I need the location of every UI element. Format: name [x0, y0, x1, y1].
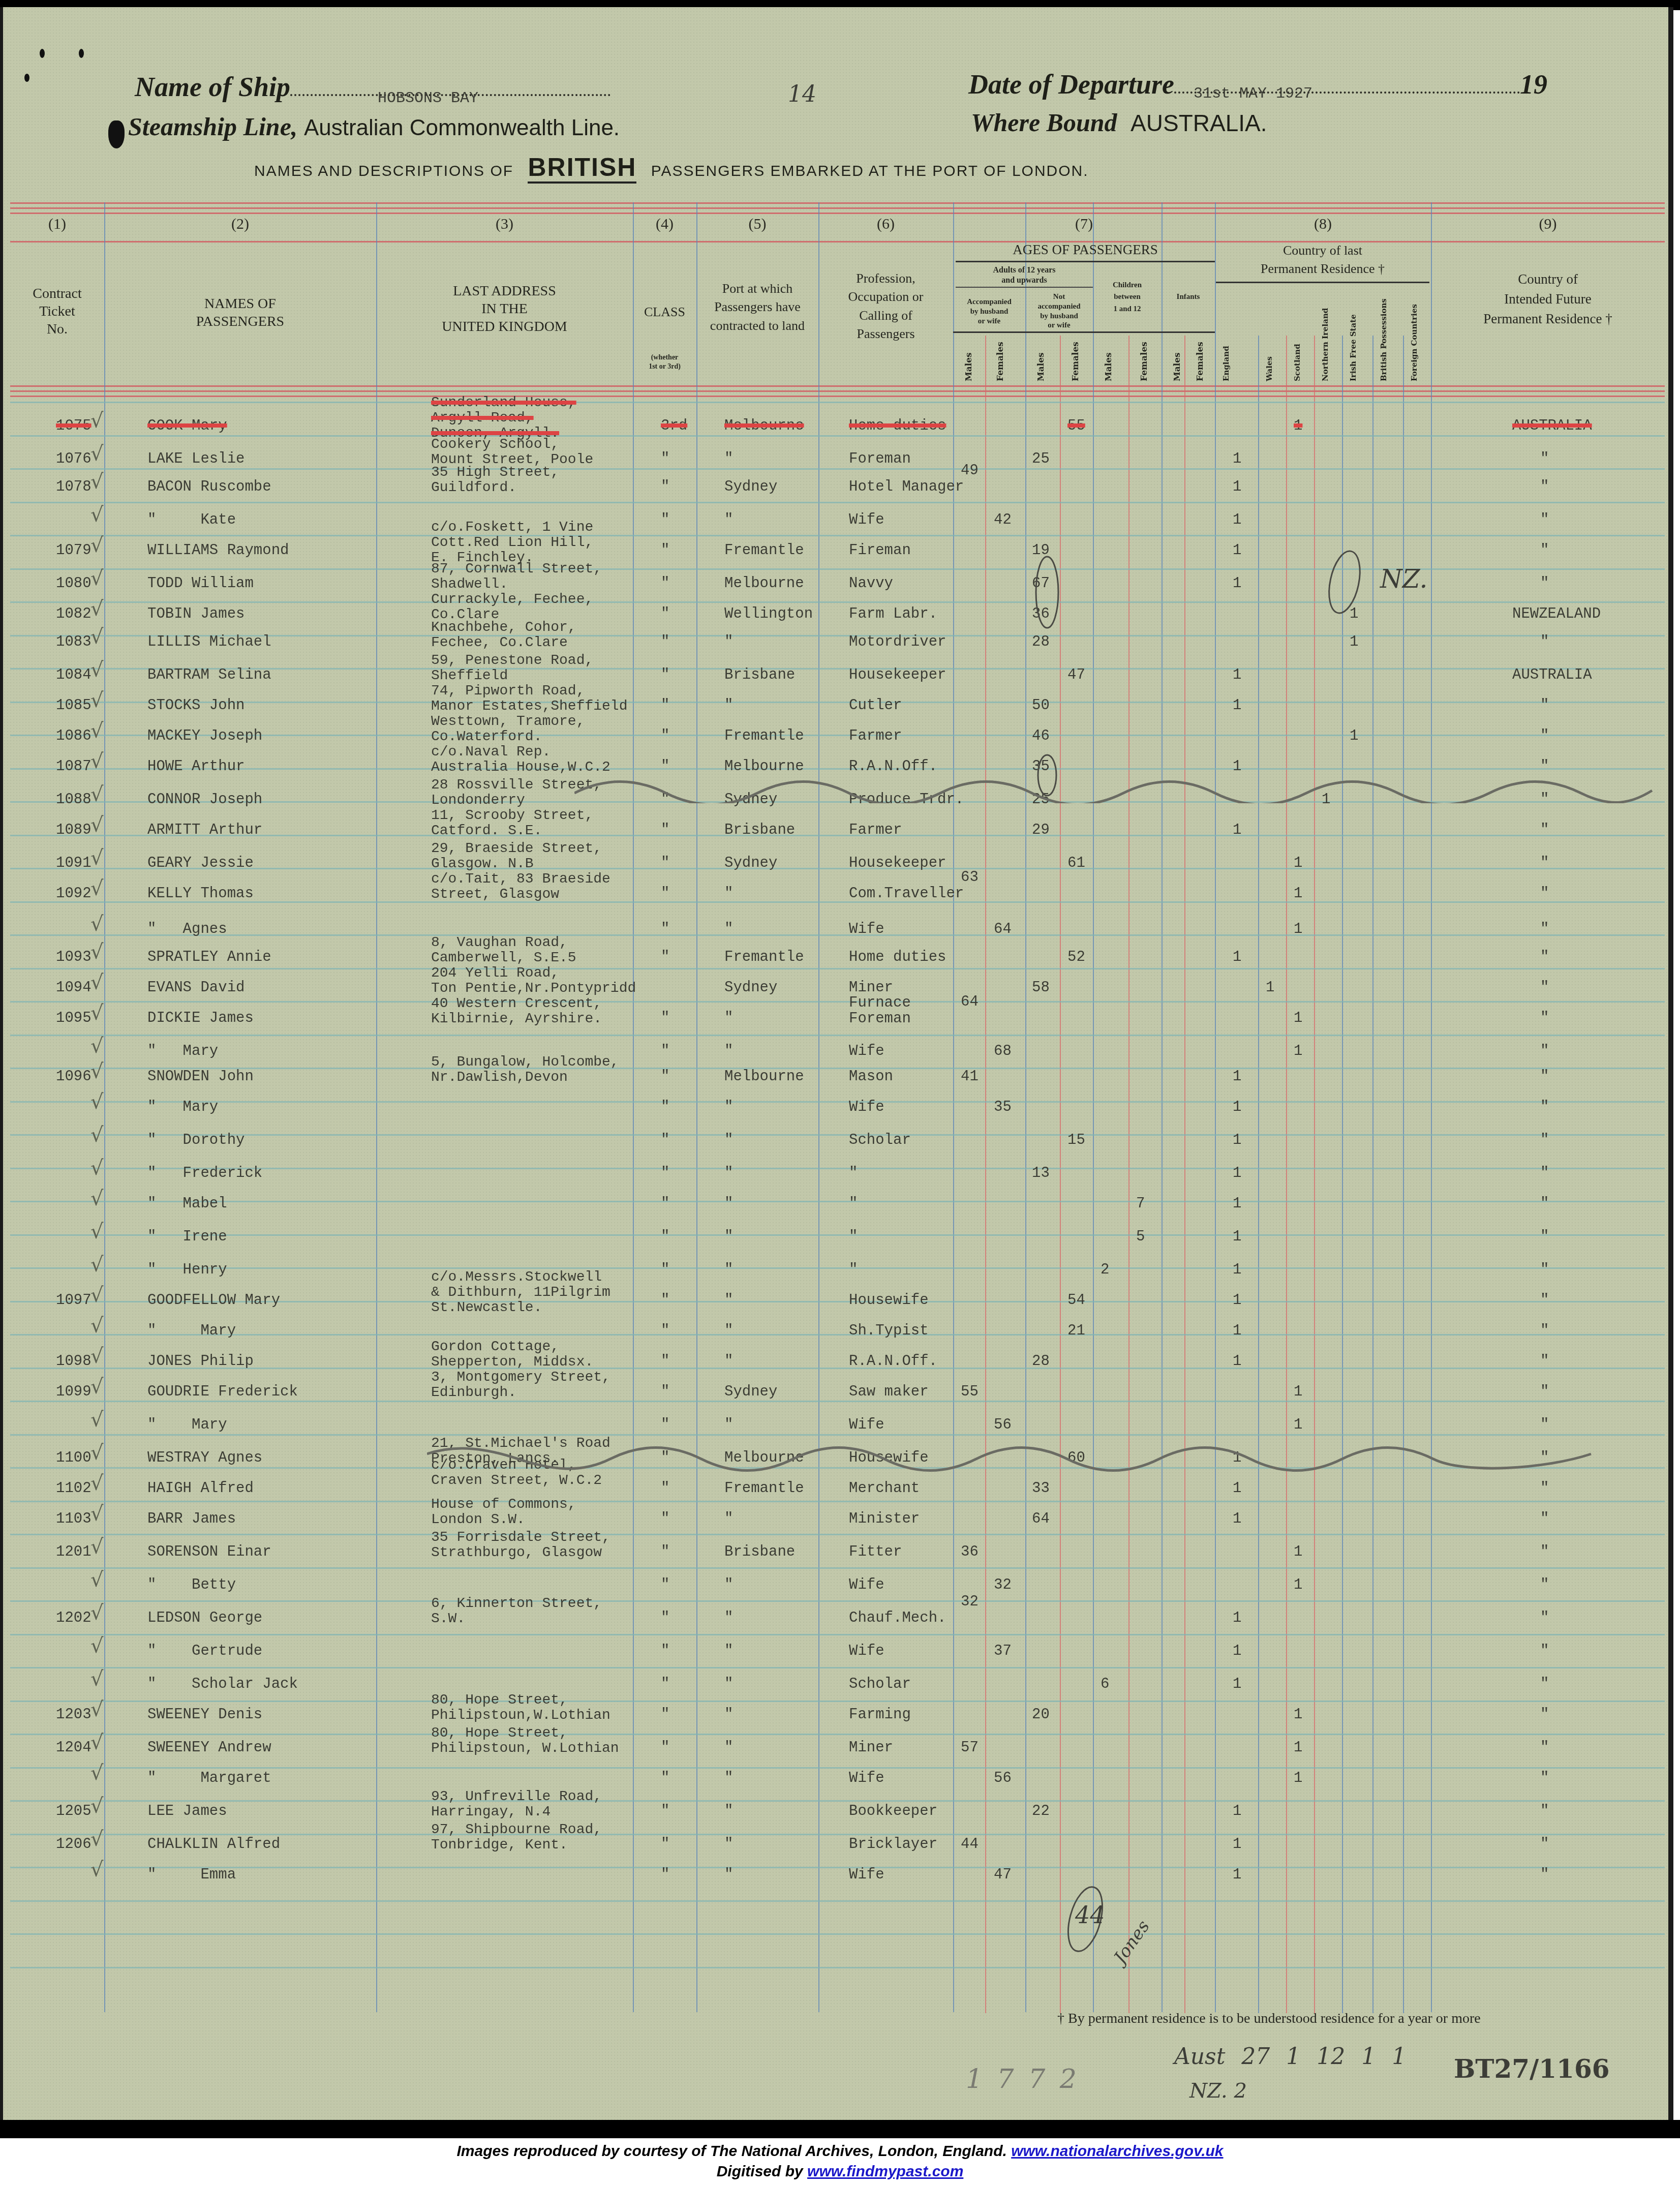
check-mark-icon: √	[90, 534, 104, 557]
ticket-number: 1082	[56, 606, 91, 622]
ruled-line	[10, 934, 1665, 936]
age-na_m: 64	[1032, 1511, 1050, 1527]
sex-label-males: Males	[965, 338, 973, 381]
ruled-line	[10, 702, 1665, 703]
future-residence: "	[1540, 1643, 1549, 1659]
country-tally-england: 1	[1233, 1262, 1241, 1278]
passenger-name: " Agnes	[147, 921, 227, 937]
country-tally-england: 1	[1233, 575, 1241, 591]
profession: Com.Traveller	[849, 886, 964, 901]
subtitle-british: BRITISH	[528, 153, 636, 184]
departure-row: Date of Departure31st MAY 192719	[968, 69, 1547, 100]
port-of-landing: "	[724, 1577, 733, 1593]
profession: Farmer	[849, 728, 902, 744]
passenger-name: " Mabel	[147, 1196, 227, 1211]
profession: Minister	[849, 1511, 920, 1527]
scan-bottom-border	[0, 2120, 1680, 2138]
class-value: "	[661, 1323, 669, 1339]
passenger-name: BARTRAM Selina	[147, 667, 271, 683]
class-value: "	[661, 542, 669, 558]
profession: Bricklayer	[849, 1836, 937, 1852]
header-rule-red	[10, 207, 1665, 209]
class-value: "	[661, 479, 669, 495]
passenger-name: WESTRAY Agnes	[147, 1450, 262, 1466]
future-residence: "	[1540, 1803, 1549, 1819]
ticket-number: 1206	[56, 1836, 91, 1852]
check-mark-icon: √	[90, 1667, 104, 1691]
future-residence: "	[1540, 1707, 1549, 1722]
country-tally-scotland: 1	[1294, 1770, 1302, 1786]
age-na_m: 46	[1032, 728, 1050, 744]
future-residence: "	[1540, 575, 1549, 591]
profession: Saw maker	[849, 1384, 929, 1400]
sex-label-females: Females	[1072, 338, 1080, 381]
country-tally-england: 1	[1233, 697, 1241, 713]
country-tally-england: 1	[1233, 1323, 1241, 1339]
last-address: 3, Montgomery Street, Edinburgh.	[431, 1370, 610, 1401]
sub-column-divider	[1128, 336, 1129, 2013]
age-na_f: 47	[1067, 667, 1085, 683]
class-value: "	[661, 1069, 669, 1084]
header-not-accompanied: Not accompanied by husband or wife	[1025, 292, 1093, 330]
country-tally-england: 1	[1233, 1196, 1241, 1211]
country-tally-england: 1	[1233, 451, 1241, 467]
class-value: "	[661, 1740, 669, 1755]
profession: Sh.Typist	[849, 1323, 929, 1339]
passenger-name: SWEENEY Denis	[147, 1707, 262, 1722]
age-na_m: 29	[1032, 822, 1050, 838]
port-of-landing: "	[724, 1043, 733, 1059]
country-tally-ifs: 1	[1350, 634, 1358, 650]
ticket-number: 1088	[56, 792, 91, 807]
port-of-landing: "	[724, 1132, 733, 1148]
country-tally-england: 1	[1233, 667, 1241, 683]
future-residence: "	[1540, 1511, 1549, 1527]
ruled-line	[10, 1434, 1665, 1436]
sub-column-divider	[985, 336, 986, 2013]
age-na_f: 52	[1067, 949, 1085, 965]
profession: Wife	[849, 512, 884, 528]
check-mark-icon: √	[90, 1187, 104, 1210]
future-residence: "	[1540, 728, 1549, 744]
passenger-name: MACKEY Joseph	[147, 728, 262, 744]
port-of-landing: "	[724, 1740, 733, 1755]
column-divider	[1093, 202, 1094, 2012]
profession: Chauf.Mech.	[849, 1610, 946, 1626]
column-divider	[953, 202, 954, 2012]
ruled-line	[10, 1334, 1665, 1336]
ruled-line	[10, 1401, 1665, 1402]
future-residence: "	[1540, 1196, 1549, 1211]
circled-44-annotation: 44	[1075, 1901, 1105, 1929]
port-of-landing: "	[724, 1229, 733, 1245]
last-address: 204 Yelli Road, Ton Pentie,Nr.Pontypridd	[431, 966, 636, 996]
ruled-line	[10, 1667, 1665, 1668]
check-mark-icon: √	[90, 625, 104, 649]
profession: Foreman	[849, 451, 911, 467]
ruled-line	[10, 1267, 1665, 1269]
passenger-name: WILLIAMS Raymond	[147, 542, 289, 558]
ruled-line	[10, 402, 1665, 403]
passenger-name: " Mary	[147, 1417, 227, 1433]
last-address: Cookery School, Mount Street, Poole	[431, 437, 593, 468]
check-mark-icon: √	[90, 658, 104, 682]
age-ch_m: 6	[1101, 1676, 1109, 1692]
age-acc_f: 56	[994, 1770, 1012, 1786]
ticket-number: 1092	[56, 886, 91, 901]
nationalarchives-link[interactable]: www.nationalarchives.gov.uk	[1011, 2143, 1223, 2160]
future-residence: "	[1540, 1069, 1549, 1084]
passenger-name: STOCKS John	[147, 697, 245, 713]
sub-column-divider	[1286, 336, 1287, 2013]
profession: Farm Labr.	[849, 606, 937, 622]
passenger-name: " Emma	[147, 1867, 236, 1883]
future-residence: "	[1540, 1132, 1549, 1148]
country-tally-england: 1	[1233, 1867, 1241, 1883]
class-value: "	[661, 1867, 669, 1883]
last-address: c/o.Messrs.Stockwell & Dithburn, 11Pilgr…	[431, 1270, 610, 1316]
last-address: House of Commons, London S.W.	[431, 1497, 576, 1528]
check-mark-icon: √	[90, 1314, 104, 1338]
departure-field: 31st MAY 1927	[1174, 92, 1520, 94]
future-residence: "	[1540, 542, 1549, 558]
header-rule-red	[10, 213, 1665, 214]
age-na_f: 61	[1067, 855, 1085, 871]
passenger-name: LEE James	[147, 1803, 227, 1819]
profession: Wife	[849, 1417, 884, 1433]
passenger-name: BACON Ruscombe	[147, 479, 271, 495]
punch-hole	[108, 120, 125, 148]
ship-name-label: Name of Ship	[135, 72, 290, 102]
profession: "	[849, 1196, 858, 1211]
pencil-margin-marks: 1 7 7 2	[966, 2064, 1077, 2095]
country-tally-england: 1	[1233, 1069, 1241, 1084]
subtitle-post: PASSENGERS EMBARKED AT THE PORT OF LONDO…	[651, 163, 1089, 179]
class-value: "	[661, 886, 669, 901]
passenger-name: " Frederick	[147, 1165, 262, 1181]
sex-label-females: Females	[1196, 338, 1205, 381]
check-mark-icon: √	[90, 597, 104, 621]
country-tally-scotland: 1	[1294, 1577, 1302, 1593]
profession: "	[849, 1165, 858, 1181]
future-residence: "	[1540, 1610, 1549, 1626]
check-mark-icon: √	[90, 1035, 104, 1058]
profession: Farmer	[849, 822, 902, 838]
totals-second-line: NZ. 2	[1189, 2079, 1247, 2103]
nz-annotation: NZ.	[1380, 564, 1428, 594]
class-value: "	[661, 1229, 669, 1245]
findmypast-link[interactable]: www.findmypast.com	[807, 2163, 963, 2180]
ticket-number: 1203	[56, 1707, 91, 1722]
port-of-landing: "	[724, 1803, 733, 1819]
age-na_m: 58	[1032, 980, 1050, 995]
age-ch_f: 5	[1136, 1229, 1145, 1245]
last-address: 87, Cornwall Street, Shadwell.	[431, 562, 602, 592]
age-acc_m: 63	[961, 869, 979, 885]
ruled-line	[10, 968, 1665, 969]
ticket-number: 1093	[56, 949, 91, 965]
port-of-landing: "	[724, 1511, 733, 1527]
sex-label-females: Females	[996, 338, 1005, 381]
port-of-landing: Fremantle	[724, 728, 804, 744]
check-mark-icon: √	[90, 913, 104, 936]
header-ages: AGES OF PASSENGERS	[956, 241, 1215, 262]
class-value: "	[661, 1770, 669, 1786]
country-tally-scotland: 1	[1294, 1010, 1302, 1026]
port-of-landing: "	[724, 1676, 733, 1692]
age-acc_f: 32	[994, 1577, 1012, 1593]
country-tally-scotland: 1	[1294, 886, 1302, 901]
last-address: 6, Kinnerton Street, S.W.	[431, 1596, 602, 1627]
future-residence: "	[1540, 921, 1549, 937]
country-label-3: Northern Ireland	[1322, 295, 1342, 381]
port-of-landing: Brisbane	[724, 822, 795, 838]
ruled-line	[10, 1134, 1665, 1136]
column-number-8: (8)	[1215, 216, 1431, 233]
credit-line-1: Images reproduced by courtesy of The Nat…	[0, 2143, 1680, 2160]
port-of-landing: Sydney	[724, 1384, 777, 1400]
check-mark-icon: √	[90, 1408, 104, 1432]
class-value: "	[661, 1610, 669, 1626]
port-of-landing: "	[724, 921, 733, 937]
check-mark-icon: √	[90, 1375, 104, 1399]
passenger-name: BARR James	[147, 1511, 236, 1527]
class-value: "	[661, 1043, 669, 1059]
class-value: "	[661, 1099, 669, 1115]
year-suffix: 19	[1520, 69, 1547, 100]
column-divider	[1215, 202, 1216, 2012]
ellipse-annotation	[1032, 554, 1062, 630]
ship-name-row: Name of ShipHOBSONS BAY	[135, 71, 610, 103]
ruled-line	[10, 1234, 1665, 1236]
check-mark-icon: √	[90, 1002, 104, 1025]
port-of-landing: "	[724, 451, 733, 467]
profession: R.A.N.Off.	[849, 1353, 937, 1369]
port-of-landing: Brisbane	[724, 1544, 795, 1560]
age-acc_f: 47	[994, 1867, 1012, 1883]
country-label-4: Irish Free State	[1350, 295, 1370, 381]
ruled-line	[10, 768, 1665, 770]
age-na_f: 55	[1067, 418, 1085, 434]
country-tally-scotland: 1	[1294, 1740, 1302, 1755]
column-number-9: (9)	[1431, 216, 1665, 233]
profession: Fitter	[849, 1544, 902, 1560]
passenger-name: " Irene	[147, 1229, 227, 1245]
check-mark-icon: √	[90, 846, 104, 870]
check-mark-icon: √	[90, 1795, 104, 1818]
country-tally-england: 1	[1233, 1511, 1241, 1527]
future-residence: "	[1540, 1740, 1549, 1755]
port-of-landing: Brisbane	[724, 667, 795, 683]
check-mark-icon: √	[90, 1828, 104, 1851]
steamship-line-label: Steamship Line,	[128, 112, 297, 141]
last-address: Gordon Cottage, Shepperton, Middsx.	[431, 1340, 593, 1370]
profession: Merchant	[849, 1480, 920, 1496]
future-residence: "	[1540, 1262, 1549, 1278]
class-value: 3rd	[661, 418, 687, 434]
port-of-landing: "	[724, 1262, 733, 1278]
ruled-line	[10, 1634, 1665, 1635]
future-residence: "	[1540, 1480, 1549, 1496]
port-of-landing: "	[724, 1196, 733, 1211]
column-divider	[633, 202, 634, 2012]
column-number-6: (6)	[818, 216, 953, 233]
ticket-number: 1096	[56, 1069, 91, 1084]
future-residence: "	[1540, 1099, 1549, 1115]
profession: Navvy	[849, 575, 893, 591]
passenger-name: ARMITT Arthur	[147, 822, 262, 838]
ticket-number: 1076	[56, 451, 91, 467]
punch-hole	[24, 74, 29, 82]
class-value: "	[661, 728, 669, 744]
column-divider	[818, 202, 819, 2012]
check-mark-icon: √	[90, 409, 104, 433]
class-value: "	[661, 1836, 669, 1852]
age-ch_m: 2	[1101, 1262, 1109, 1278]
check-mark-icon: √	[90, 719, 104, 743]
age-acc_m: 36	[961, 1544, 979, 1560]
check-mark-icon: √	[90, 1253, 104, 1277]
passenger-name: GOUDRIE Frederick	[147, 1384, 298, 1400]
header-accompanied: Accompanied by husband or wife	[953, 297, 1025, 326]
ticket-number: 1201	[56, 1544, 91, 1560]
future-residence: "	[1540, 1676, 1549, 1692]
passenger-name: " Dorothy	[147, 1132, 245, 1148]
check-mark-icon: √	[90, 1568, 104, 1592]
check-mark-icon: √	[90, 1731, 104, 1754]
sub-column-divider	[1314, 336, 1315, 2013]
passenger-name: DICKIE James	[147, 1010, 254, 1026]
passenger-name: GOODFELLOW Mary	[147, 1292, 280, 1308]
profession: Scholar	[849, 1676, 911, 1692]
port-of-landing: "	[724, 886, 733, 901]
ruled-line	[10, 1900, 1665, 1902]
country-tally-england: 1	[1233, 949, 1241, 965]
ruled-line	[10, 1867, 1665, 1868]
header-infants: Infants	[1162, 292, 1215, 302]
country-tally-england: 1	[1233, 1292, 1241, 1308]
wavy-strike-jones	[427, 1444, 1596, 1474]
ruled-line	[10, 1767, 1665, 1769]
port-of-landing: "	[724, 1610, 733, 1626]
ellipse-annotation	[1324, 549, 1365, 615]
last-address: 5, Bungalow, Holcombe, Nr.Dawlish,Devon	[431, 1055, 619, 1085]
header-class-note: (whether 1st or 3rd)	[633, 353, 696, 371]
ticket-number: 1205	[56, 1803, 91, 1819]
future-residence: "	[1540, 1323, 1549, 1339]
future-residence: "	[1540, 1229, 1549, 1245]
check-mark-icon: √	[90, 1124, 104, 1147]
check-mark-icon: √	[90, 1762, 104, 1785]
column-number-5: (5)	[696, 216, 818, 233]
credit-text-2: Digitised by	[717, 2163, 803, 2180]
ticket-number: 1079	[56, 542, 91, 558]
port-of-landing: Fremantle	[724, 542, 804, 558]
age-acc_m: 55	[961, 1384, 979, 1400]
class-value: "	[661, 855, 669, 871]
port-of-landing: Melbourne	[724, 575, 804, 591]
class-value: "	[661, 1292, 669, 1308]
class-value: "	[661, 1132, 669, 1148]
manifest-subtitle: NAMES AND DESCRIPTIONS OF BRITISH PASSEN…	[254, 153, 1089, 182]
country-tally-england: 1	[1233, 479, 1241, 495]
profession: Wife	[849, 1099, 884, 1115]
ticket-number: 1078	[56, 479, 91, 495]
future-residence: "	[1540, 1043, 1549, 1059]
ruled-line	[10, 1600, 1665, 1602]
ruled-line	[10, 1534, 1665, 1535]
country-tally-scotland: 1	[1294, 1043, 1302, 1059]
age-na_m: 28	[1032, 1353, 1050, 1369]
passenger-name: SWEENEY Andrew	[147, 1740, 271, 1755]
class-value: "	[661, 1643, 669, 1659]
ticket-number: 1095	[56, 1010, 91, 1026]
class-value: "	[661, 758, 669, 774]
ticket-number: 1099	[56, 1384, 91, 1400]
column-number-1: (1)	[10, 216, 104, 233]
future-residence: "	[1540, 1417, 1549, 1433]
header-names: NAMES OF PASSENGERS	[104, 295, 376, 330]
passenger-name: " Gertrude	[147, 1643, 262, 1659]
ticket-number: 1103	[56, 1511, 91, 1527]
future-residence: "	[1540, 980, 1549, 995]
column-number-7: (7)	[953, 216, 1215, 233]
country-label-0: England	[1223, 295, 1243, 381]
future-residence: "	[1540, 1577, 1549, 1593]
profession: Housekeeper	[849, 667, 946, 683]
steamship-line-row: Steamship Line, Australian Commonwealth …	[128, 112, 620, 141]
country-label-5: British Possessions	[1380, 295, 1400, 381]
column-number-3: (3)	[376, 216, 633, 233]
ticket-number: 1098	[56, 1353, 91, 1369]
country-tally-england: 1	[1233, 1353, 1241, 1369]
passenger-name: LILLIS Michael	[147, 634, 271, 650]
ruled-line	[10, 868, 1665, 869]
future-residence: AUSTRALIA	[1512, 667, 1592, 683]
check-mark-icon: √	[90, 1060, 104, 1083]
last-address: Currackyle, Fechee, Co.Clare	[431, 592, 593, 623]
future-residence: "	[1540, 634, 1549, 650]
age-acc_m: 49	[961, 463, 979, 478]
class-value: "	[661, 634, 669, 650]
class-value: "	[661, 822, 669, 838]
check-mark-icon: √	[90, 1535, 104, 1559]
country-tally-england: 1	[1233, 1229, 1241, 1245]
class-value: "	[661, 575, 669, 591]
check-mark-icon: √	[90, 1858, 104, 1881]
profession: Wife	[849, 1770, 884, 1786]
future-residence: "	[1540, 1836, 1549, 1852]
last-address: Westtown, Tramore, Co.Waterford.	[431, 714, 585, 745]
passenger-name: " Scholar Jack	[147, 1676, 298, 1692]
port-of-landing: "	[724, 1010, 733, 1026]
ruled-line	[10, 502, 1665, 503]
steamship-line-value: Australian Commonwealth Line.	[304, 115, 620, 140]
last-address: 11, Scrooby Street, Catford. S.E.	[431, 808, 593, 839]
profession: Wife	[849, 1577, 884, 1593]
country-tally-england: 1	[1233, 758, 1241, 774]
profession: "	[849, 1229, 858, 1245]
ruled-line	[10, 1201, 1665, 1202]
ruled-line	[10, 1734, 1665, 1735]
sex-label-males: Males	[1105, 338, 1113, 381]
header-adults: Adults of 12 years and upwards	[956, 265, 1093, 288]
port-of-landing: "	[724, 1323, 733, 1339]
departure-value: 31st MAY 1927	[1194, 85, 1312, 103]
class-value: "	[661, 1577, 669, 1593]
passenger-name: SORENSON Einar	[147, 1544, 271, 1560]
country-tally-england: 1	[1233, 512, 1241, 528]
